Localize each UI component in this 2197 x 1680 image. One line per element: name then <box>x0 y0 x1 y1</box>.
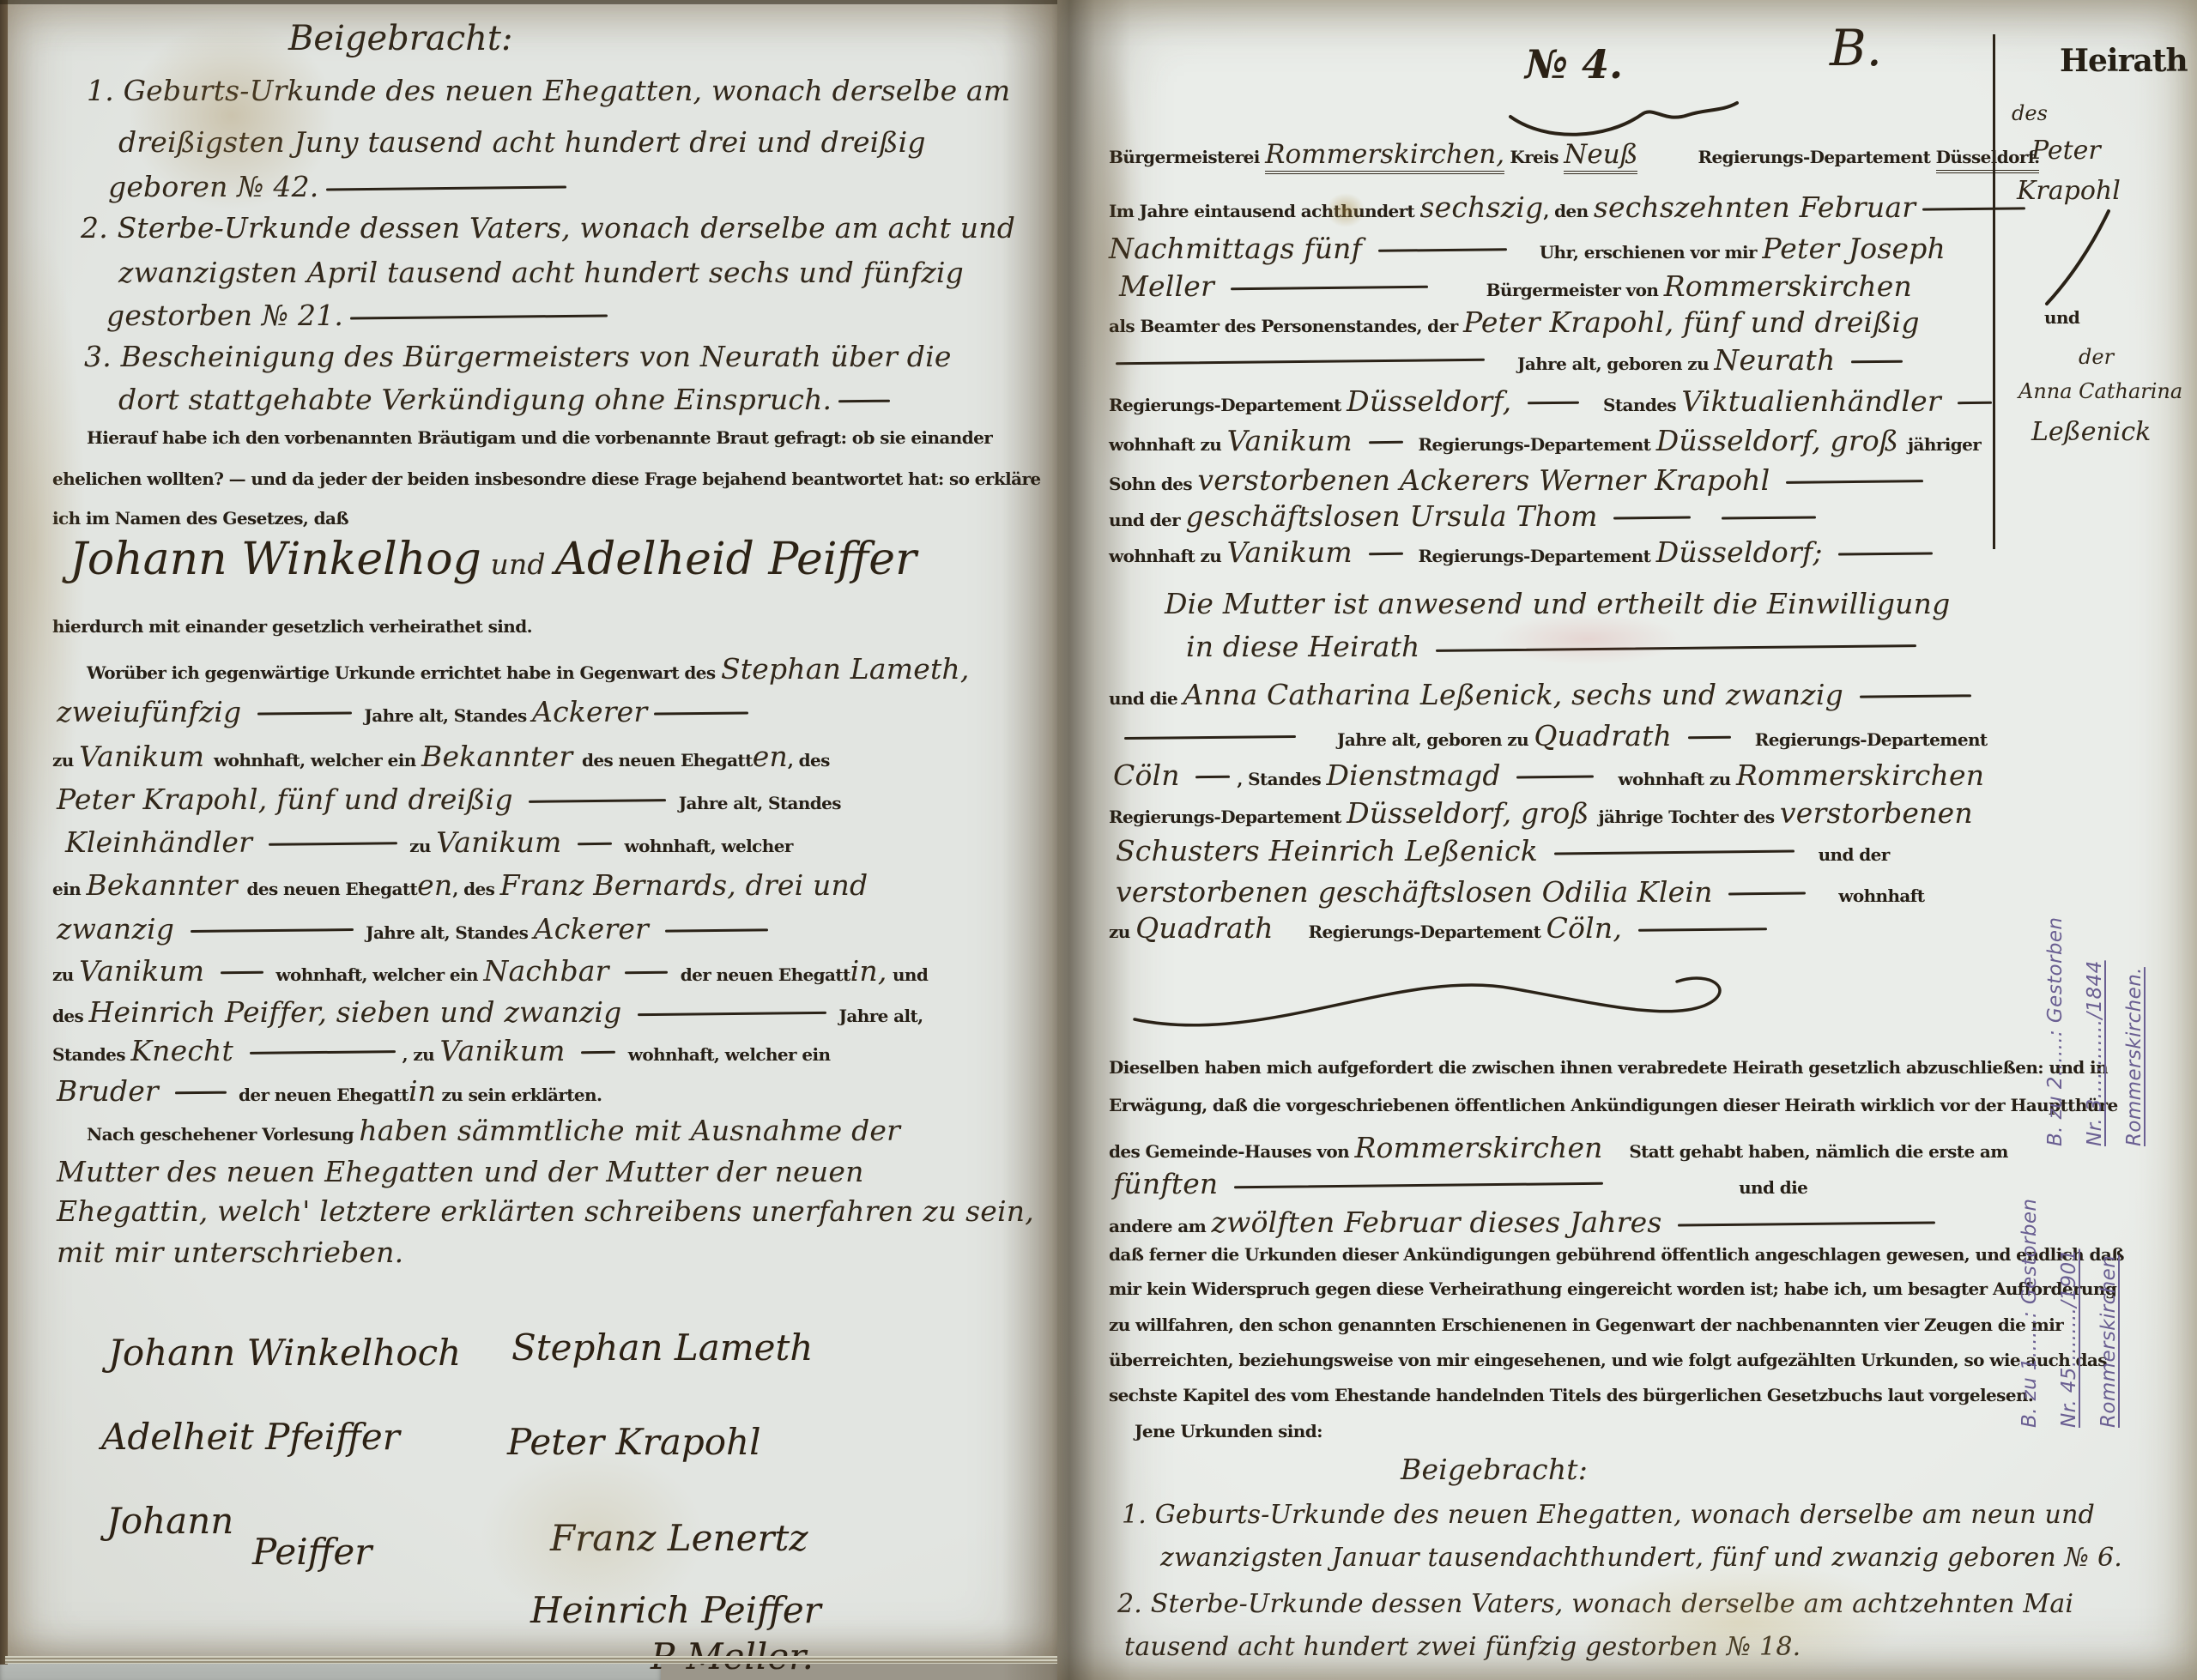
margin-groom-word: Peter <box>2031 136 2101 166</box>
text-segment: Jahre alt, geboren zu <box>1337 729 1534 750</box>
doc-note-line: 3. Bescheinigung des Bürgermeisters von … <box>84 340 952 373</box>
text-segment: wohnhaft zu <box>1109 546 1227 566</box>
text-segment: in <box>409 1074 436 1108</box>
text-segment: Düsseldorf. <box>1936 147 2040 173</box>
text-segment: Die Mutter ist anwesend und ertheilt die… <box>1165 587 1950 620</box>
text-segment: Bruder <box>57 1074 168 1108</box>
spouses-names-line: Johann Winkelhog und Adelheid Peiffer <box>70 534 917 585</box>
ink-rule <box>325 186 566 191</box>
printed-line: sechste Kapitel des vom Ehestande handel… <box>1109 1385 2033 1405</box>
form-line: zu Quadrath Regierungs-Departement Cöln, <box>1109 911 1774 945</box>
ink-rule <box>1195 776 1230 778</box>
text-segment: Standes <box>52 1044 130 1065</box>
form-header-line: Bürgermeisterei Rommerskirchen, Kreis Ne… <box>1109 139 2039 170</box>
text-segment: , den <box>1543 201 1594 221</box>
doc-note-line: 2. Sterbe-Urkunde dessen Vaters, wonach … <box>81 211 1015 245</box>
closing-line: Mutter des neuen Ehegatten und der Mutte… <box>57 1155 864 1188</box>
stamp-line: Rommerskirchen <box>2089 1170 2128 1428</box>
margin-title: Heirath <box>2060 43 2188 79</box>
text-segment: dort stattgehabte Verkündigung ohne Eins… <box>118 383 832 416</box>
ink-rule <box>1528 402 1579 405</box>
ink-rule <box>1516 776 1594 779</box>
spacer <box>1637 162 1698 163</box>
ink-rule <box>350 314 608 319</box>
text-segment: Regierungs-Departement <box>1109 395 1347 415</box>
flourish-under-number <box>1504 93 1744 144</box>
text-segment: Vanikum <box>79 740 214 773</box>
witness-line: Standes Knecht , zu Vanikum wohnhaft, we… <box>52 1034 830 1067</box>
ink-rule <box>1554 850 1795 855</box>
ink-rule <box>250 1050 396 1055</box>
text-segment: Ehegattin, welch' letztere erklärten sch… <box>57 1194 1034 1228</box>
right-page: № 4. B. Bürgermeisterei Rommerskirchen, … <box>1057 0 2197 1680</box>
witness-line: Peter Krapohl, fünf und dreißig Jahre al… <box>57 783 841 816</box>
doc-note-line: zwanzigsten Januar tausendachthundert, f… <box>1160 1543 2122 1573</box>
text-segment: des neuen Ehegatt <box>582 750 753 771</box>
ink-rule <box>1678 1221 1935 1226</box>
page-stack-edge <box>5 1656 1057 1664</box>
printed-line: hierdurch mit einander gesetzlich verhei… <box>52 616 532 637</box>
ink-rule <box>1369 441 1403 444</box>
text-segment: Düsseldorf, <box>1347 384 1521 418</box>
form-line: als Beamter des Personenstandes, der Pet… <box>1109 305 1920 339</box>
doc-note-line: gestorben № 21. <box>106 299 614 332</box>
text-segment: zwölften Februar dieses Jahres <box>1212 1206 1672 1239</box>
text-segment: zu willfahren, den schon genannten Ersch… <box>1109 1314 2063 1335</box>
text-segment: daß ferner die Urkunden dieser Ankündigu… <box>1109 1244 2124 1265</box>
stamp-line: Nr. 45........./1901 <box>2049 1170 2089 1428</box>
text-segment: gestorben № 21. <box>106 299 343 332</box>
text-segment: Dieselben haben mich aufgefordert die zw… <box>1109 1057 2108 1078</box>
form-line: Schusters Heinrich Leßenick und der <box>1116 834 1890 867</box>
flourish-swirl <box>1109 952 1761 1047</box>
text-segment: in diese Heirath <box>1186 630 1429 663</box>
form-line: und die Anna Catharina Leßenick, sechs u… <box>1109 678 1978 711</box>
text-segment: Bekannter <box>421 740 582 773</box>
text-segment: Quadrath <box>1135 911 1282 945</box>
text-segment: Knecht <box>130 1034 242 1067</box>
text-segment: Bekannter <box>86 868 246 902</box>
printed-line: mir kein Widerspruch gegen diese Verheir… <box>1109 1278 2116 1299</box>
text-segment: Beigebracht: <box>1401 1453 1588 1486</box>
text-segment: Vanikum <box>1227 535 1362 569</box>
text-segment: und der <box>1819 844 1890 865</box>
printed-line: ehelichen wollten? — und da jeder der be… <box>52 468 1041 489</box>
text-segment: Ackerer <box>534 912 658 946</box>
ink-rule <box>1369 553 1403 555</box>
text-segment: sechszehnten Februar <box>1594 190 1916 224</box>
consent-line: Die Mutter ist anwesend und ertheilt die… <box>1165 587 1950 620</box>
text-segment: Rommerskirchen, <box>1265 139 1504 174</box>
text-segment: verstorbenen Ackerers Werner Krapohl <box>1197 463 1779 497</box>
ink-rule <box>1234 1182 1603 1189</box>
form-line: Cöln , Standes Dienstmagd wohnhaft zu Ro… <box>1113 758 1984 792</box>
text-segment: Regierungs-Departement <box>1419 434 1656 455</box>
text-segment: hierdurch mit einander gesetzlich verhei… <box>52 616 532 637</box>
text-segment: haben sämmtliche mit Ausnahme der <box>359 1114 900 1147</box>
printed-line: daß ferner die Urkunden dieser Ankündigu… <box>1109 1244 2124 1265</box>
text-segment: verstorbenen <box>1780 796 1973 830</box>
text-segment: Jahre alt, geboren zu <box>1517 354 1714 374</box>
stamp-line: B. zu 1......: Gestorben <box>2010 1170 2049 1428</box>
ink-rule <box>1786 480 1923 484</box>
text-segment: Cöln <box>1113 758 1189 792</box>
text-segment: ein <box>52 879 86 899</box>
doc-note-line: 1. Geburts-Urkunde des neuen Ehegatten, … <box>87 74 1010 107</box>
ink-rule <box>1860 694 1971 698</box>
signature: Johann Winkelhoch <box>108 1332 461 1374</box>
text-segment: zwanzig <box>57 912 184 946</box>
ink-rule <box>269 842 397 846</box>
stamp-line: Rommerskirchen. <box>2115 889 2154 1146</box>
text-segment: Jahre alt, Standes <box>359 705 532 726</box>
ink-rule <box>838 400 890 403</box>
signature: Stephan Lameth <box>511 1326 813 1369</box>
text-segment: Heinrich Peiffer, sieben und zwanzig <box>89 995 632 1029</box>
text-segment: Düsseldorf; <box>1656 535 1832 569</box>
ink-rule <box>578 843 612 845</box>
text-segment: Cöln, <box>1546 911 1631 945</box>
witness-line: zu Vanikum wohnhaft, welcher ein Nachbar… <box>52 954 928 988</box>
text-segment: Anna Catharina Leßenick, sechs und zwanz… <box>1183 678 1853 711</box>
signature: Franz Lenertz <box>550 1517 808 1559</box>
form-line: verstorbenen geschäftslosen Odilia Klein… <box>1116 875 1924 909</box>
text-segment: des neuen Ehegatt <box>246 879 417 899</box>
signature: Peter Krapohl <box>507 1421 761 1463</box>
text-segment: Kreis <box>1504 147 1564 167</box>
spacer <box>1492 369 1517 370</box>
signature: Peiffer <box>252 1531 372 1573</box>
witness-line: Worüber ich gegenwärtige Urkunde erricht… <box>87 652 970 686</box>
doc-note-line: zwanzigsten April tausend acht hundert s… <box>118 256 964 289</box>
text-segment: Worüber ich gegenwärtige Urkunde erricht… <box>87 662 721 683</box>
text-segment: wohnhaft <box>1838 885 1924 906</box>
text-segment: en <box>417 868 452 902</box>
ink-rule <box>1436 644 1916 652</box>
stamp-line: B. zu 2......: Gestorben <box>2036 889 2075 1146</box>
text-segment: Franz Bernards, drei und <box>500 868 869 902</box>
text-segment: Regierungs-Departement <box>1755 729 1988 750</box>
closing-line: mit mir unterschrieben. <box>57 1236 403 1269</box>
text-segment: überreichten, beziehungsweise von mir ei… <box>1109 1350 2107 1370</box>
text-segment: Vanikum <box>79 954 214 988</box>
flourish-slash <box>2040 206 2117 309</box>
text-segment: des <box>52 1006 89 1026</box>
ink-rule <box>1688 736 1731 740</box>
form-line: Nachmittags fünf Uhr, erschienen vor mir… <box>1109 232 1946 265</box>
witness-line: ein Bekannter des neuen Ehegatten, des F… <box>52 868 868 902</box>
text-segment: 1. Geburts-Urkunde des neuen Ehegatten, … <box>87 74 1010 107</box>
text-segment: Nach geschehener Vorlesung <box>87 1124 359 1145</box>
consent-line: in diese Heirath <box>1186 630 1923 663</box>
text-segment: Vanikum <box>1227 424 1362 457</box>
text-segment: zwanzigsten Januar tausendachthundert, f… <box>1160 1543 2122 1573</box>
text-segment: und die <box>1109 688 1183 709</box>
beigebracht-header: Beigebracht: <box>1401 1452 1588 1487</box>
text-segment: Adelheid Peiffer <box>554 534 916 585</box>
form-line: Jahre alt, geboren zu Neurath <box>1109 343 1910 377</box>
ink-rule <box>1638 928 1767 932</box>
text-segment: Neuß <box>1564 139 1637 174</box>
text-segment: Peter Joseph <box>1762 232 1946 265</box>
text-segment: Rommerskirchen <box>1664 269 1912 303</box>
text-segment: 2. Sterbe-Urkunde dessen Vaters, wonach … <box>1117 1589 2073 1619</box>
ink-rule <box>1838 552 1933 555</box>
witness-line: zwanzig Jahre alt, Standes Ackerer <box>57 912 775 946</box>
text-segment: 2. Sterbe-Urkunde dessen Vaters, wonach … <box>81 211 1015 245</box>
form-line: Jahre alt, geboren zu Quadrath Regierung… <box>1117 719 1988 752</box>
text-segment: und <box>887 964 929 985</box>
doc-note-line: dreißigsten Juny tausend acht hundert dr… <box>118 125 926 159</box>
text-segment: Hierauf habe ich den vorbenannten Bräuti… <box>87 427 992 448</box>
text-segment: sechszig <box>1420 190 1544 224</box>
witness-line: zweiufünfzig Jahre alt, Standes Ackerer <box>57 695 755 728</box>
text-segment: Nachbar <box>483 954 618 988</box>
text-segment: Vanikum <box>439 1034 574 1067</box>
form-line: Regierungs-Departement Düsseldorf, Stand… <box>1109 384 1999 418</box>
spacer <box>1738 745 1755 746</box>
beigebracht-header: Beigebracht: <box>288 19 512 58</box>
text-segment: jährige Tochter des <box>1598 807 1780 827</box>
text-segment: Quadrath <box>1534 719 1680 752</box>
form-line: Im Jahre eintausend achthundert sechszig… <box>1109 190 2032 224</box>
spacer <box>1610 1193 1739 1194</box>
text-segment: Ackerer <box>532 695 647 728</box>
witness-line: des Heinrich Peiffer, sieben und zwanzig… <box>52 995 923 1029</box>
ink-rule <box>625 971 668 975</box>
text-segment: Im Jahre eintausend achthundert <box>1109 201 1420 221</box>
text-segment: Nachmittags fünf <box>1109 232 1371 265</box>
ink-rule <box>175 1091 227 1095</box>
record-number: № 4. <box>1525 41 1623 88</box>
text-segment: Mutter des neuen Ehegatten und der Mutte… <box>57 1155 864 1188</box>
closing-line: Ehegattin, welch' letztere erklärten sch… <box>57 1194 1034 1228</box>
text-segment: Dienstmagd <box>1326 758 1510 792</box>
text-segment: , des <box>452 879 499 899</box>
doc-note-line: 2. Sterbe-Urkunde dessen Vaters, wonach … <box>1117 1589 2073 1619</box>
text-segment: Regierungs-Departement <box>1308 922 1546 942</box>
text-segment: Standes <box>1603 395 1681 415</box>
text-segment: Jahre alt, Standes <box>360 922 534 943</box>
closing-line: Nach geschehener Vorlesung haben sämmtli… <box>87 1114 900 1147</box>
text-segment: wohnhaft, welcher ein <box>214 750 421 771</box>
spacer <box>1586 410 1603 411</box>
text-segment: und die <box>1739 1177 1807 1198</box>
printed-line: überreichten, beziehungsweise von mir ei… <box>1109 1350 2107 1370</box>
text-segment: zwanzigsten April tausend acht hundert s… <box>118 256 964 289</box>
text-segment: 3. Bescheinigung des Bürgermeisters von … <box>84 340 952 373</box>
printed-line: Jene Urkunden sind: <box>1135 1421 1322 1441</box>
text-segment: wohnhaft zu <box>1109 434 1227 455</box>
text-segment: Düsseldorf, groß <box>1347 796 1598 830</box>
spacer <box>1435 295 1486 296</box>
text-segment: zu sein erklärten. <box>436 1085 602 1105</box>
text-segment: Johann Winkelhog <box>70 534 481 585</box>
text-segment: Peter Krapohl, fünf und dreißig <box>57 783 522 816</box>
text-segment: Bürgermeister von <box>1486 280 1664 300</box>
ink-rule <box>221 971 263 975</box>
text-segment: zu <box>52 964 79 985</box>
text-segment: ehelichen wollten? — und da jeder der be… <box>52 468 1041 489</box>
text-segment: Regierungs-Departement <box>1109 807 1347 827</box>
signature: Heinrich Peiffer <box>530 1589 821 1631</box>
text-segment: Bürgermeisterei <box>1109 147 1265 167</box>
spacer <box>1410 561 1419 562</box>
text-segment: Peter Krapohl, fünf und dreißig <box>1463 305 1920 339</box>
text-segment: Erwägung, daß die vorgeschriebenen öffen… <box>1109 1095 2118 1115</box>
text-segment: Meller <box>1119 269 1224 303</box>
printed-line: des Gemeinde-Hauses von Rommerskirchen S… <box>1109 1131 2008 1164</box>
text-segment: andere am <box>1109 1216 1212 1236</box>
margin-bride-word: der <box>2079 345 2114 369</box>
ink-rule <box>1722 516 1816 519</box>
doc-note-line: 1. Geburts-Urkunde des neuen Ehegatten, … <box>1122 1500 2095 1530</box>
text-segment: Jene Urkunden sind: <box>1135 1421 1322 1441</box>
text-segment: Uhr, erschienen vor mir <box>1540 242 1763 263</box>
text-segment: mit mir unterschrieben. <box>57 1236 403 1269</box>
spacer <box>1612 1157 1629 1157</box>
text-segment: sechste Kapitel des vom Ehestande handel… <box>1109 1385 2033 1405</box>
witness-line: zu Vanikum wohnhaft, welcher ein Bekannt… <box>52 740 830 773</box>
text-segment: und der <box>1109 510 1185 530</box>
doc-note-line: dort stattgehabte Verkündigung ohne Eins… <box>118 383 897 416</box>
margin-bride-word: Anna Catharina <box>2018 379 2182 403</box>
printed-line: ich im Namen des Gesetzes, daß <box>52 508 348 529</box>
text-segment: des Gemeinde-Hauses von <box>1109 1141 1354 1162</box>
text-segment: en <box>753 740 788 773</box>
spacer <box>1514 257 1540 258</box>
ink-rule <box>1851 360 1903 364</box>
book-left-edge <box>0 0 8 1665</box>
text-segment: , des <box>788 750 830 771</box>
printed-line: Dieselben haben mich aufgefordert die zw… <box>1109 1057 2108 1078</box>
signature: Adelheit Pfeiffer <box>101 1416 400 1458</box>
text-segment: mir kein Widerspruch gegen diese Verheir… <box>1109 1278 2116 1299</box>
text-segment: wohnhaft zu <box>1618 769 1736 789</box>
printed-line: zu willfahren, den schon genannten Ersch… <box>1109 1314 2063 1335</box>
signature: Johann <box>106 1500 233 1542</box>
spacer <box>1698 525 1715 526</box>
printed-line: fünften und die <box>1113 1167 1807 1200</box>
form-line: Sohn des verstorbenen Ackerers Werner Kr… <box>1109 463 1930 497</box>
text-segment: wohnhaft, welcher <box>619 836 793 856</box>
spacer <box>1282 937 1308 938</box>
form-line: Regierungs-Departement Düsseldorf, groß … <box>1109 796 1973 830</box>
ink-rule <box>654 711 748 715</box>
text-segment: geboren № 42. <box>108 170 319 203</box>
stamp-line: Nr. 3............/1844 <box>2075 889 2115 1146</box>
spacer <box>1601 784 1618 785</box>
ink-rule <box>1613 517 1691 520</box>
ink-rule <box>665 928 768 932</box>
witness-line: Kleinhändler zu Vanikum wohnhaft, welche… <box>65 825 793 859</box>
margin-conjunction: und <box>2044 307 2079 328</box>
ink-rule <box>638 1012 826 1016</box>
text-segment: Statt gehabt haben, nämlich die erste am <box>1629 1141 2008 1162</box>
printed-line: Erwägung, daß die vorgeschriebenen öffen… <box>1109 1095 2118 1115</box>
form-line: wohnhaft zu Vanikum Regierungs-Departeme… <box>1109 424 1981 457</box>
text-segment: 1. Geburts-Urkunde des neuen Ehegatten, … <box>1122 1500 2095 1530</box>
ink-rule <box>1957 402 1991 404</box>
spacer <box>1303 745 1337 746</box>
text-segment: Schusters Heinrich Leßenick <box>1116 834 1547 867</box>
ink-rule <box>191 928 354 933</box>
text-segment: und <box>2044 307 2079 328</box>
letter-mark: B. <box>1830 19 1882 77</box>
printed-line: andere am zwölften Februar dieses Jahres <box>1109 1206 1942 1239</box>
text-segment: dreißigsten Juny tausend acht hundert dr… <box>118 125 926 159</box>
death-stamp-bride: B. zu 2......: Gestorben Nr. 3..........… <box>2036 889 2197 1007</box>
ink-rule <box>529 799 666 803</box>
margin-separator-rule <box>1993 34 1995 549</box>
ink-rule <box>1728 892 1806 896</box>
margin-groom-word: des <box>2012 101 2048 125</box>
ink-rule <box>581 1051 615 1054</box>
doc-note-line: geboren № 42. <box>108 170 573 203</box>
ink-rule <box>1231 286 1428 290</box>
text-segment: in, <box>850 954 887 988</box>
text-segment: , zu <box>402 1044 440 1065</box>
printed-line: Hierauf habe ich den vorbenannten Bräuti… <box>87 427 992 448</box>
ink-rule <box>1124 735 1296 740</box>
text-segment: zu <box>1109 922 1135 942</box>
left-page: Beigebracht: 1. Geburts-Urkunde des neue… <box>5 0 1057 1663</box>
margin-groom-word: Krapohl <box>2017 176 2121 206</box>
book-top-edge <box>0 0 1057 4</box>
witness-line: Bruder der neuen Ehegattin zu sein erklä… <box>57 1074 602 1108</box>
text-segment: als Beamter des Personenstandes, der <box>1109 316 1463 336</box>
text-segment: Jahre alt, Standes <box>673 793 841 813</box>
doc-note-line: tausend acht hundert zwei fünfzig gestor… <box>1124 1632 1801 1662</box>
form-line: wohnhaft zu Vanikum Regierungs-Departeme… <box>1109 535 1940 569</box>
text-segment: zweiufünfzig <box>57 695 251 728</box>
text-segment: Jahre alt, <box>833 1006 923 1026</box>
text-segment: Rommerskirchen <box>1354 1131 1612 1164</box>
text-segment: fünften <box>1113 1167 1227 1200</box>
text-segment: Stephan Lameth, <box>721 652 970 686</box>
text-segment: wohnhaft, welcher ein <box>622 1044 830 1065</box>
form-line: und der geschäftslosen Ursula Thom <box>1109 499 1823 533</box>
text-segment: ich im Namen des Gesetzes, daß <box>52 508 348 529</box>
text-segment: jähriger <box>1908 434 1981 455</box>
ink-rule <box>1922 207 2025 210</box>
text-segment: tausend acht hundert zwei fünfzig gestor… <box>1124 1632 1801 1662</box>
text-segment: Regierungs-Departement <box>1698 147 1935 167</box>
spacer <box>1801 860 1819 861</box>
text-segment: Kleinhändler <box>65 825 262 859</box>
margin-bride-word: Leßenick <box>2031 417 2151 447</box>
spacer <box>1813 901 1838 902</box>
text-segment: wohnhaft, welcher ein <box>270 964 483 985</box>
form-line: Meller Bürgermeister von Rommerskirchen <box>1119 269 1912 303</box>
text-segment: zu <box>52 750 79 771</box>
ink-rule <box>1116 359 1485 366</box>
text-segment: verstorbenen geschäftslosen Odilia Klein <box>1116 875 1722 909</box>
death-stamp-groom: B. zu 1......: Gestorben Nr. 45.........… <box>2010 1170 2197 1289</box>
text-segment: Düsseldorf, groß <box>1656 424 1908 457</box>
text-segment: zu <box>404 836 436 856</box>
ink-rule <box>1378 248 1507 252</box>
text-segment: geschäftslosen Ursula Thom <box>1185 499 1607 533</box>
text-segment: Sohn des <box>1109 474 1197 494</box>
text-segment: Rommerskirchen <box>1736 758 1984 792</box>
text-segment: Neurath <box>1714 343 1844 377</box>
text-segment: Viktualienhändler <box>1681 384 1950 418</box>
register-photo: Beigebracht: 1. Geburts-Urkunde des neue… <box>0 0 2197 1680</box>
ink-rule <box>257 711 352 715</box>
text-segment: und <box>481 547 555 581</box>
text-segment: der neuen Ehegatt <box>233 1085 409 1105</box>
